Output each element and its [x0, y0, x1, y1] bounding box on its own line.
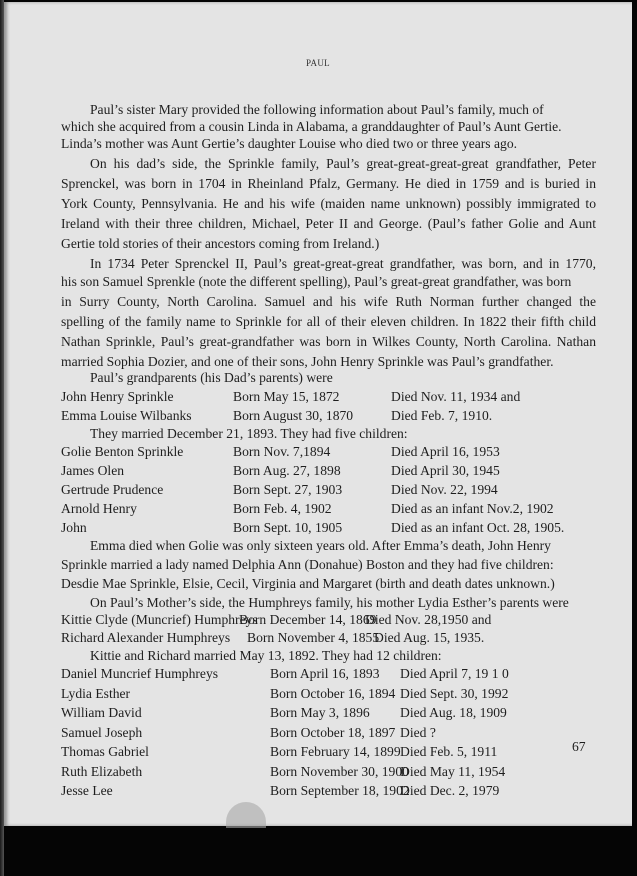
- death-date: Died Aug. 15, 1935.: [374, 630, 484, 646]
- paragraph-3-line: Nathan Sprinkle, Paul’s great-grandfathe…: [61, 334, 596, 350]
- person-name: Thomas Gabriel: [61, 744, 149, 760]
- person-name: Daniel Muncrief Humphreys: [61, 666, 218, 682]
- person-name: Emma Louise Wilbanks: [61, 408, 192, 424]
- death-date: Died Sept. 30, 1992: [400, 686, 508, 702]
- emma-paragraph-line: Emma died when Golie was only sixteen ye…: [90, 538, 551, 554]
- person-name: Richard Alexander Humphreys: [61, 630, 230, 646]
- birth-date: Born November 30, 1900: [270, 764, 409, 780]
- birth-date: Born October 16, 1894: [270, 686, 395, 702]
- person-name: Kittie Clyde (Muncrief) Humphreys: [61, 612, 258, 628]
- paragraph-3-line: his son Samuel Sprenkle (note the differ…: [61, 274, 571, 290]
- scan-smudge: [226, 802, 266, 828]
- birth-date: Born February 14, 1899: [270, 744, 401, 760]
- paragraph-3-line: spelling of the family name to Sprinkle …: [61, 314, 596, 330]
- paragraph-3-line: married Sophia Dozier, and one of their …: [61, 354, 554, 370]
- birth-date: Born Feb. 4, 1902: [233, 501, 332, 517]
- birth-date: Born May 3, 1896: [270, 705, 370, 721]
- death-date: Died Nov. 28,1950 and: [365, 612, 491, 628]
- person-name: Jesse Lee: [61, 783, 113, 799]
- birth-date: Born May 15, 1872: [233, 389, 339, 405]
- paragraph-2-line: Ireland with their three children, Micha…: [61, 216, 596, 232]
- person-name: William David: [61, 705, 142, 721]
- mother-side-intro: On Paul’s Mother’s side, the Humphreys f…: [90, 595, 569, 611]
- person-name: Lydia Esther: [61, 686, 130, 702]
- birth-date: Born September 18, 1902: [270, 783, 410, 799]
- death-date: Died Dec. 2, 1979: [400, 783, 499, 799]
- death-date: Died April 30, 1945: [391, 463, 500, 479]
- death-date: Died April 7, 19 1 0: [400, 666, 509, 682]
- person-name: Arnold Henry: [61, 501, 137, 517]
- sprinkle-married-line: They married December 21, 1893. They had…: [90, 426, 408, 442]
- person-name: Gertrude Prudence: [61, 482, 163, 498]
- paragraph-2-line: York County, Pennsylvania. He and his wi…: [61, 196, 596, 212]
- birth-date: Born August 30, 1870: [233, 408, 353, 424]
- birth-date: Born April 16, 1893: [270, 666, 380, 682]
- emma-paragraph-line: Sprinkle married a lady named Delphia An…: [61, 557, 554, 573]
- person-name: James Olen: [61, 463, 124, 479]
- death-date: Died April 16, 1953: [391, 444, 500, 460]
- paragraph-1-line: which she acquired from a cousin Linda i…: [61, 119, 562, 135]
- person-name: Golie Benton Sprinkle: [61, 444, 183, 460]
- death-date: Died May 11, 1954: [400, 764, 505, 780]
- running-head: PAUL: [4, 58, 632, 68]
- page-number: 67: [572, 739, 586, 755]
- birth-date: Born October 18, 1897: [270, 725, 395, 741]
- grandparents-intro: Paul’s grandparents (his Dad’s parents) …: [90, 370, 333, 386]
- death-date: Died Nov. 11, 1934 and: [391, 389, 520, 405]
- birth-date: Born Sept. 10, 1905: [233, 520, 342, 536]
- paragraph-1-line: Linda’s mother was Aunt Gertie’s daughte…: [61, 136, 517, 152]
- person-name: Ruth Elizabeth: [61, 764, 142, 780]
- death-date: Died Aug. 18, 1909: [400, 705, 507, 721]
- death-date: Died as an infant Nov.2, 1902: [391, 501, 554, 517]
- birth-date: Born Nov. 7,1894: [233, 444, 330, 460]
- death-date: Died as an infant Oct. 28, 1905.: [391, 520, 564, 536]
- birth-date: Born Aug. 27, 1898: [233, 463, 341, 479]
- paragraph-1-line: Paul’s sister Mary provided the followin…: [90, 102, 544, 118]
- birth-date: Born Sept. 27, 1903: [233, 482, 342, 498]
- emma-paragraph-line: Desdie Mae Sprinkle, Elsie, Cecil, Virgi…: [61, 576, 555, 592]
- humphreys-married-line: Kittie and Richard married May 13, 1892.…: [90, 648, 442, 664]
- birth-date: Born November 4, 1855: [247, 630, 379, 646]
- paragraph-3-line: In 1734 Peter Sprenckel II, Paul’s great…: [90, 256, 596, 272]
- birth-date: Born December 14, 1869: [239, 612, 376, 628]
- scanned-page: PAUL Paul’s sister Mary provided the fol…: [4, 2, 632, 826]
- person-name: John Henry Sprinkle: [61, 389, 174, 405]
- death-date: Died Feb. 5, 1911: [400, 744, 497, 760]
- paragraph-3-line: in Surry County, North Carolina. Samuel …: [61, 294, 596, 310]
- paragraph-2-line: Gertie told stories of their ancestors c…: [61, 236, 379, 252]
- death-date: Died Feb. 7, 1910.: [391, 408, 492, 424]
- paragraph-2-line: Sprenckel, was born in 1704 in Rheinland…: [61, 176, 596, 192]
- death-date: Died Nov. 22, 1994: [391, 482, 498, 498]
- paragraph-2-line: On his dad’s side, the Sprinkle family, …: [90, 156, 596, 172]
- person-name: Samuel Joseph: [61, 725, 142, 741]
- person-name: John: [61, 520, 87, 536]
- death-date: Died ?: [400, 725, 436, 741]
